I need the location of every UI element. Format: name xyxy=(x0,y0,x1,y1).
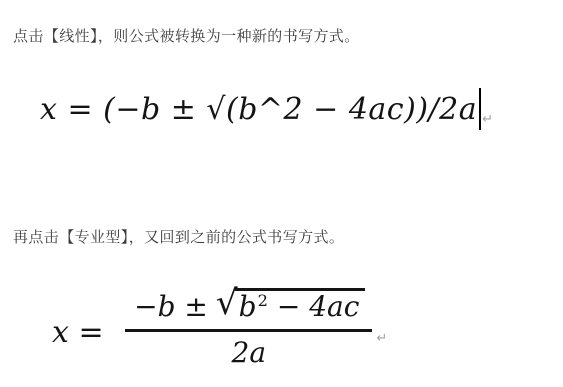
paragraph-mark-icon: ↵ xyxy=(376,332,387,345)
radicand-suffix: − 4ac xyxy=(268,290,359,323)
equation-professional[interactable]: x = −b ±√b2 − 4ac 2a ↵ xyxy=(52,288,387,369)
caption-linear: 点击【线性】，则公式被转换为一种新的书写方式。 xyxy=(13,28,360,45)
radicand: b2 − 4ac xyxy=(236,290,364,323)
equation-linear-text: x = (−b ± √(b^2 − 4ac))/2a xyxy=(40,92,477,127)
equation-linear[interactable]: x = (−b ± √(b^2 − 4ac))/2a ↵ xyxy=(40,86,493,132)
fraction-denominator: 2a xyxy=(232,332,267,369)
radicand-base: b xyxy=(239,290,257,323)
fraction: −b ±√b2 − 4ac 2a xyxy=(125,288,372,369)
equation-professional-lhs: x = xyxy=(52,315,113,350)
numerator-prefix: −b ± xyxy=(134,290,208,323)
radicand-exponent: 2 xyxy=(258,291,268,310)
caption-professional: 再点击【专业型】，又回到之前的公式书写方式。 xyxy=(13,229,344,246)
fraction-numerator: −b ±√b2 − 4ac xyxy=(125,288,372,332)
paragraph-mark-icon: ↵ xyxy=(482,113,493,126)
text-cursor xyxy=(479,88,481,130)
